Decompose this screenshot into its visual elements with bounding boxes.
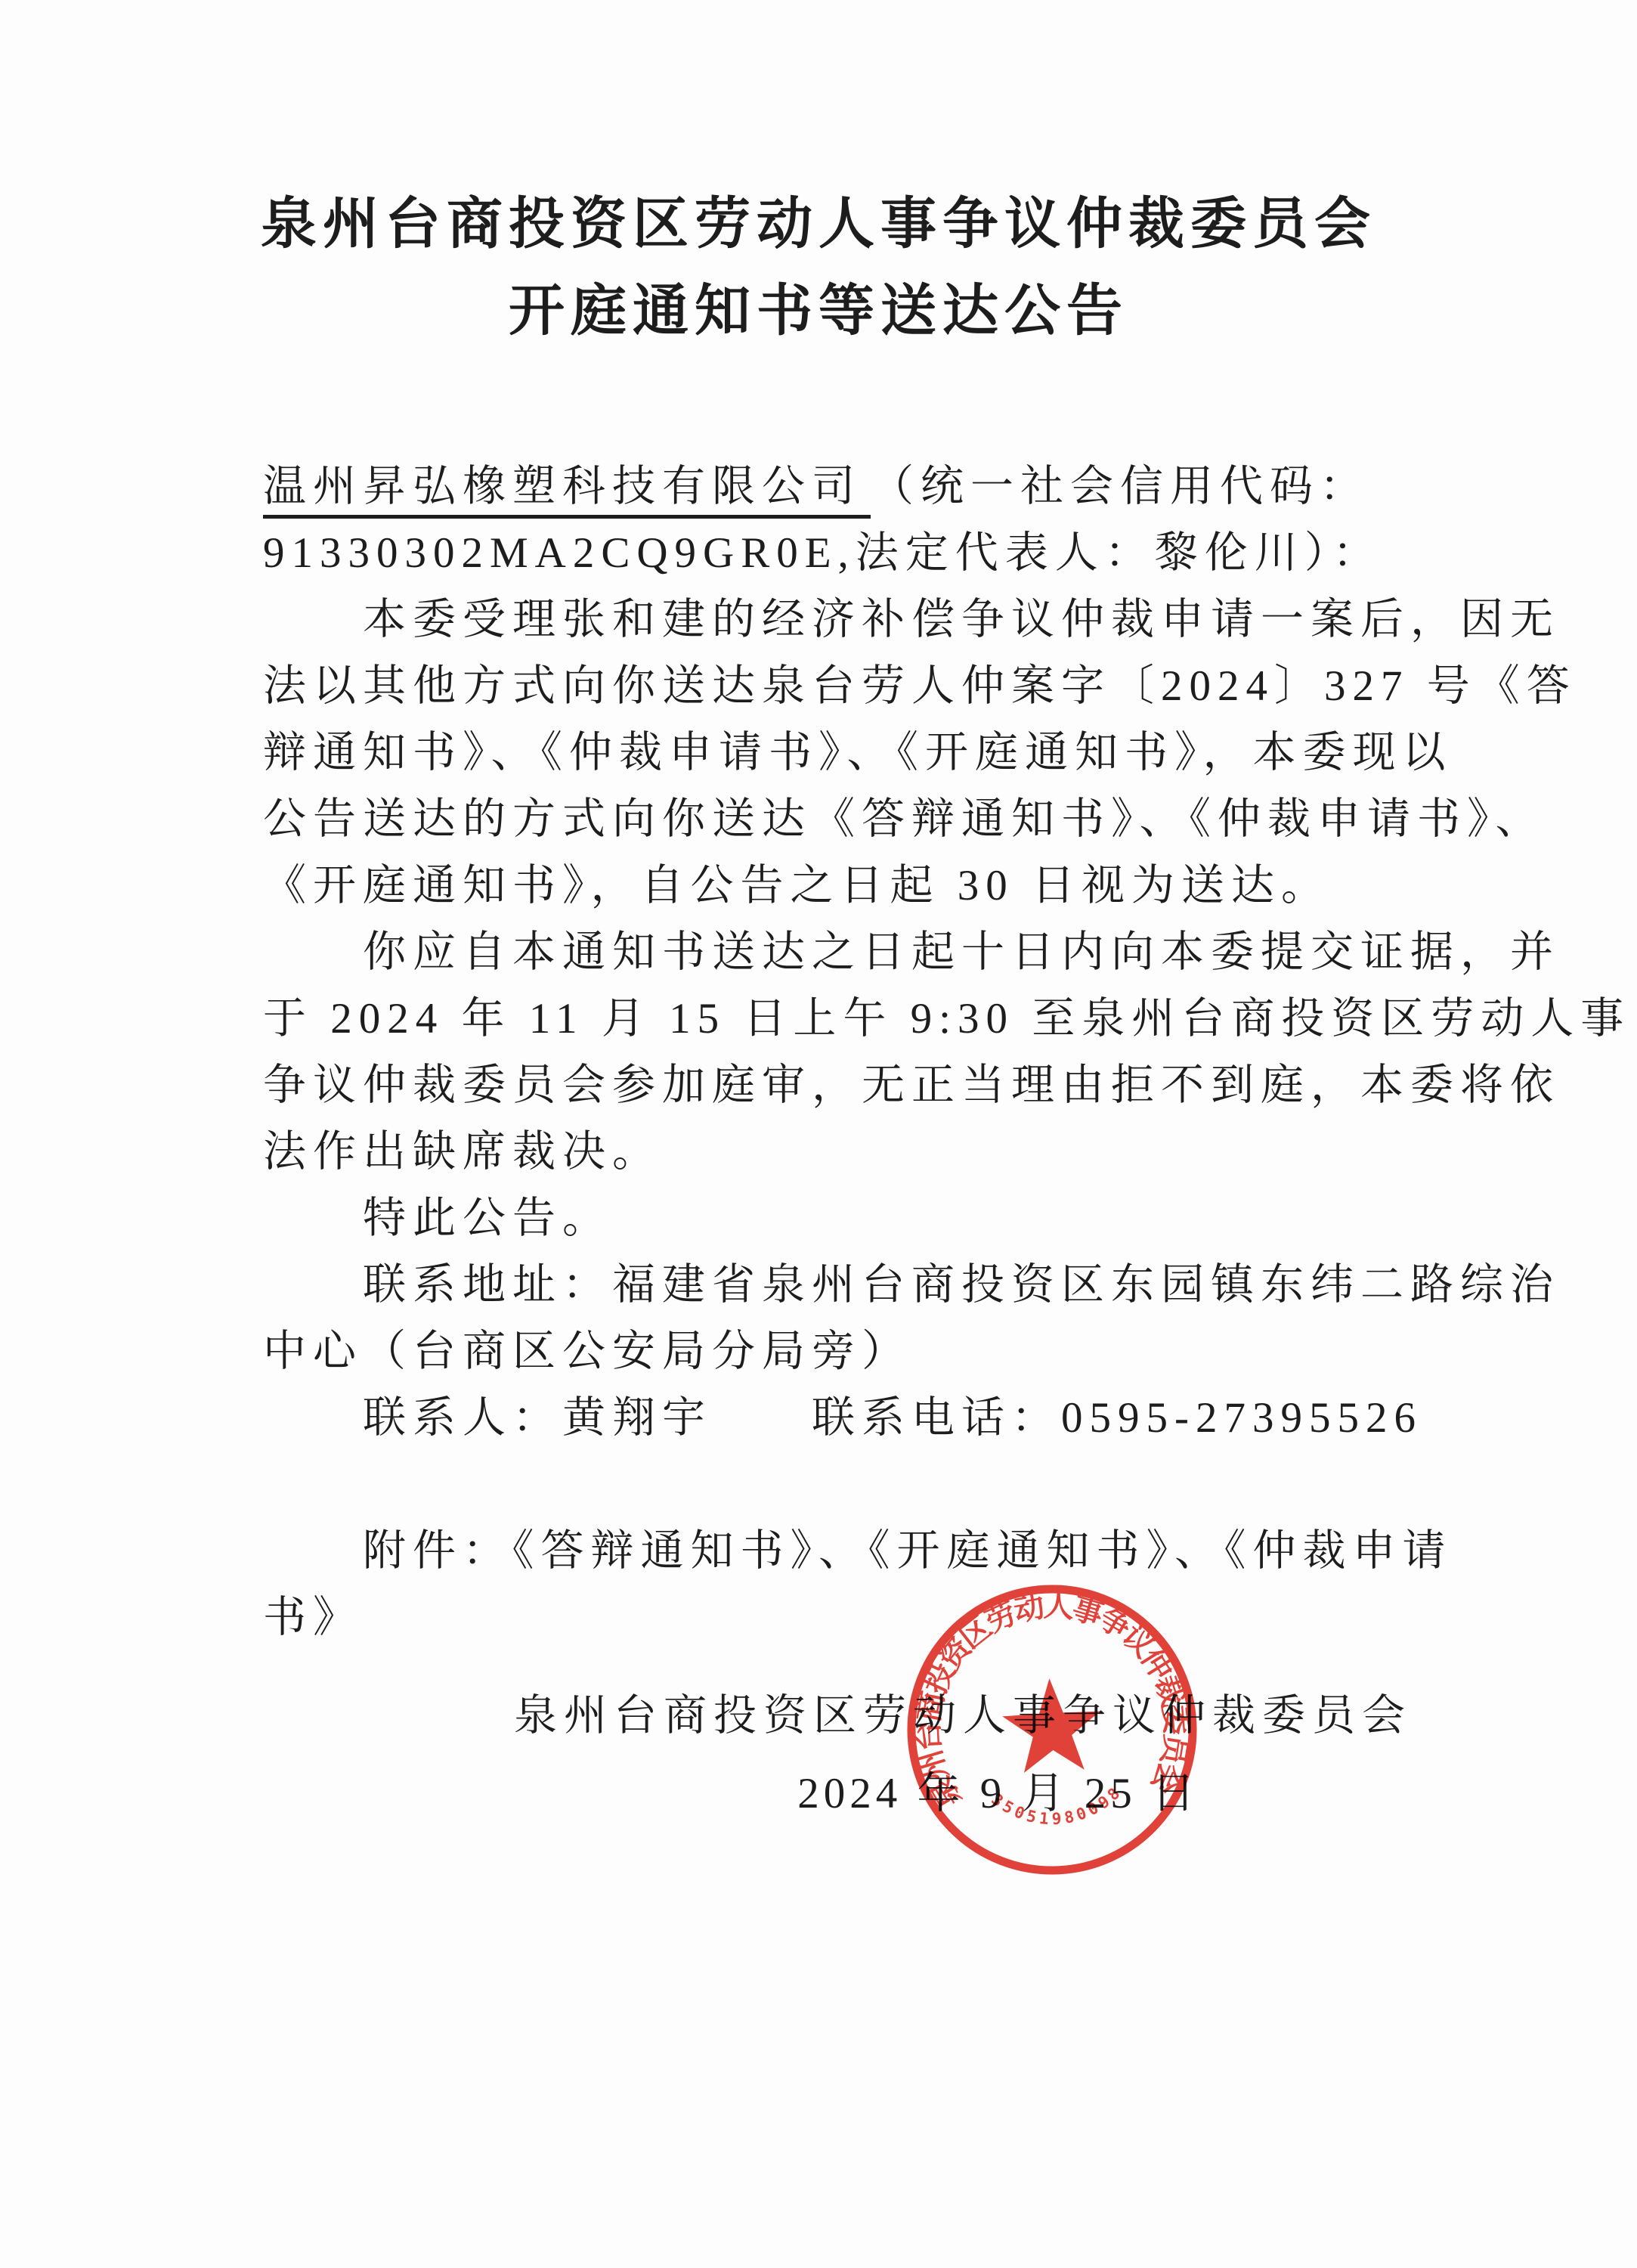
document-title: 泉州台商投资区劳动人事争议仲裁委员会 开庭通知书等送达公告 [0,0,1637,355]
title-line-2: 开庭通知书等送达公告 [0,268,1637,355]
document-page: 泉州台商投资区劳动人事争议仲裁委员会 开庭通知书等送达公告 温州昇弘橡塑科技有限… [0,0,1637,2268]
body-line-attachments-2: 书》 [263,1585,1418,1651]
body-line: 法以其他方式向你送达泉台劳人仲案字〔2024〕327 号《答 [263,653,1418,720]
body-line-attachments: 附件：《答辩通知书》、《开庭通知书》、《仲裁申请 [263,1518,1418,1585]
body-line: 《开庭通知书》，自公告之日起 30 日视为送达。 [263,853,1418,919]
body-line-notice: 特此公告。 [263,1185,1418,1252]
body-line-contact: 联系人：黄翔宇 联系电话：0595-27395526 [263,1385,1418,1452]
signature-date: 2024 年 9 月 25 日 [263,1761,1418,1827]
signature-committee: 泉州台商投资区劳动人事争议仲裁委员会 [263,1683,1418,1749]
body-line: 辩通知书》、《仲裁申请书》、《开庭通知书》，本委现以 [263,720,1418,786]
body-line: 本委受理张和建的经济补偿争议仲裁申请一案后，因无 [263,587,1418,653]
body-line: 公告送达的方式向你送达《答辩通知书》、《仲裁申请书》、 [263,786,1418,853]
body-line: 争议仲裁委员会参加庭审，无正当理由拒不到庭，本委将依 [263,1052,1418,1119]
body-line: 你应自本通知书送达之日起十日内向本委提交证据，并 [263,919,1418,986]
addressee-suffix: （统一社会信用代码： [871,463,1369,510]
body-line: 于 2024 年 11 月 15 日上午 9:30 至泉州台商投资区劳动人事 [263,986,1418,1052]
company-name: 温州昇弘橡塑科技有限公司 [263,460,871,519]
document-body: 温州昇弘橡塑科技有限公司（统一社会信用代码： 91330302MA2CQ9GR0… [263,454,1418,1827]
title-line-1: 泉州台商投资区劳动人事争议仲裁委员会 [0,181,1637,268]
body-line-credit-code: 91330302MA2CQ9GR0E,法定代表人：黎伦川）： [263,520,1418,587]
body-line: 法作出缺席裁决。 [263,1119,1418,1185]
official-seal: 泉州台商投资区劳动人事争议仲裁委员会 35051980098 [893,1571,1211,1888]
body-line-address: 联系地址：福建省泉州台商投资区东园镇东纬二路综治 [263,1252,1418,1318]
body-line-address-2: 中心（台商区公安局分局旁） [263,1318,1418,1385]
blank-line [263,1452,1418,1518]
svg-text:35051980098: 35051980098 [987,1783,1125,1831]
addressee-line: 温州昇弘橡塑科技有限公司（统一社会信用代码： [263,454,1418,520]
star-icon [1001,1676,1103,1774]
seal-code-text: 35051980098 [987,1783,1125,1831]
